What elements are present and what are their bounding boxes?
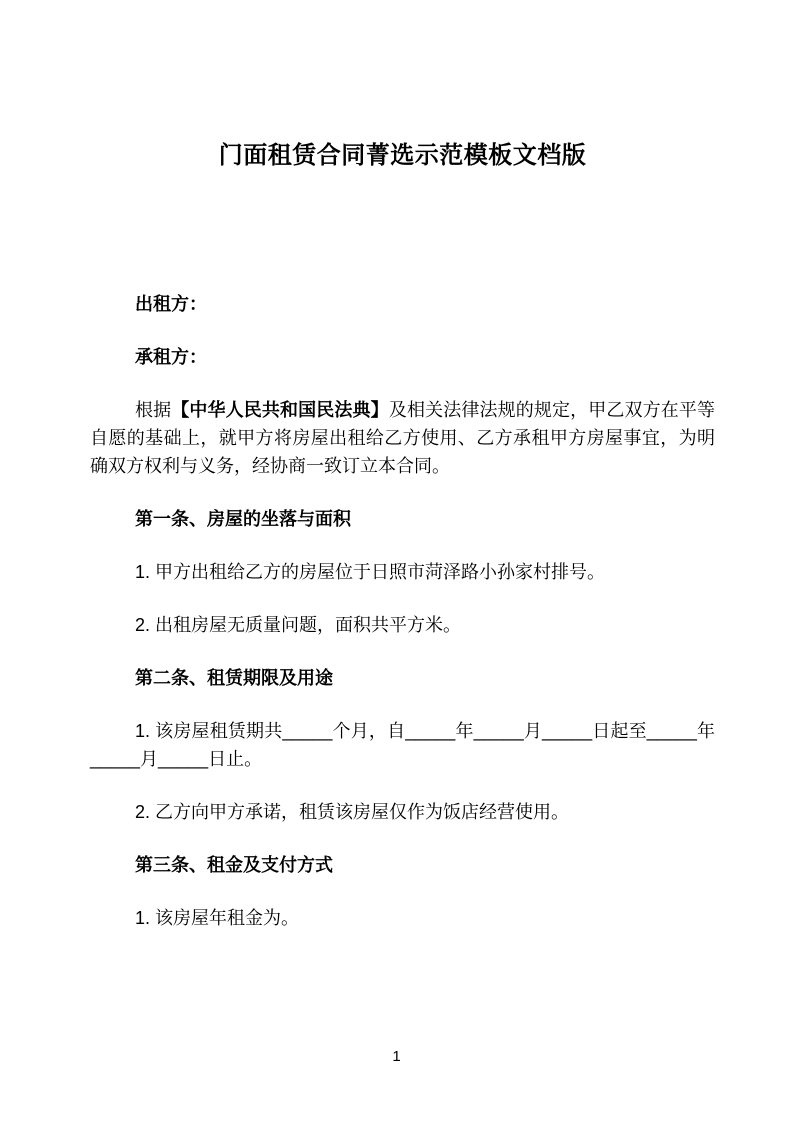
preamble-text-before: 根据 — [135, 400, 171, 420]
section-1-item-2: 2. 出租房屋无质量问题，面积共平方米。 — [90, 611, 715, 639]
document-title: 门面租赁合同菁选示范模板文档版 — [90, 140, 715, 172]
preamble-paragraph: 根据【中华人民共和国民法典】及相关法律法规的规定，甲乙双方在平等自愿的基础上，就… — [90, 396, 715, 480]
page-number: 1 — [0, 1046, 793, 1068]
civil-code-reference: 【中华人民共和国民法典】 — [171, 400, 389, 420]
section-2-item-1: 1. 该房屋租赁期共_____个月，自_____年_____月_____日起至_… — [90, 717, 715, 773]
section-2-heading: 第二条、租赁期限及用途 — [90, 664, 715, 692]
section-3-item-1: 1. 该房屋年租金为。 — [90, 904, 715, 932]
lessee-line: 承租方： — [90, 343, 715, 371]
document-page: 门面租赁合同菁选示范模板文档版 出租方： 承租方： 根据【中华人民共和国民法典】… — [0, 0, 793, 1122]
section-2-item-2: 2. 乙方向甲方承诺，租赁该房屋仅作为饭店经营使用。 — [90, 798, 715, 826]
section-1-item-1: 1. 甲方出租给乙方的房屋位于日照市菏泽路小孙家村排号。 — [90, 558, 715, 586]
section-1-heading: 第一条、房屋的坐落与面积 — [90, 505, 715, 533]
document-content: 门面租赁合同菁选示范模板文档版 出租方： 承租方： 根据【中华人民共和国民法典】… — [0, 0, 793, 932]
lessor-line: 出租方： — [90, 290, 715, 318]
section-3-heading: 第三条、租金及支付方式 — [90, 851, 715, 879]
